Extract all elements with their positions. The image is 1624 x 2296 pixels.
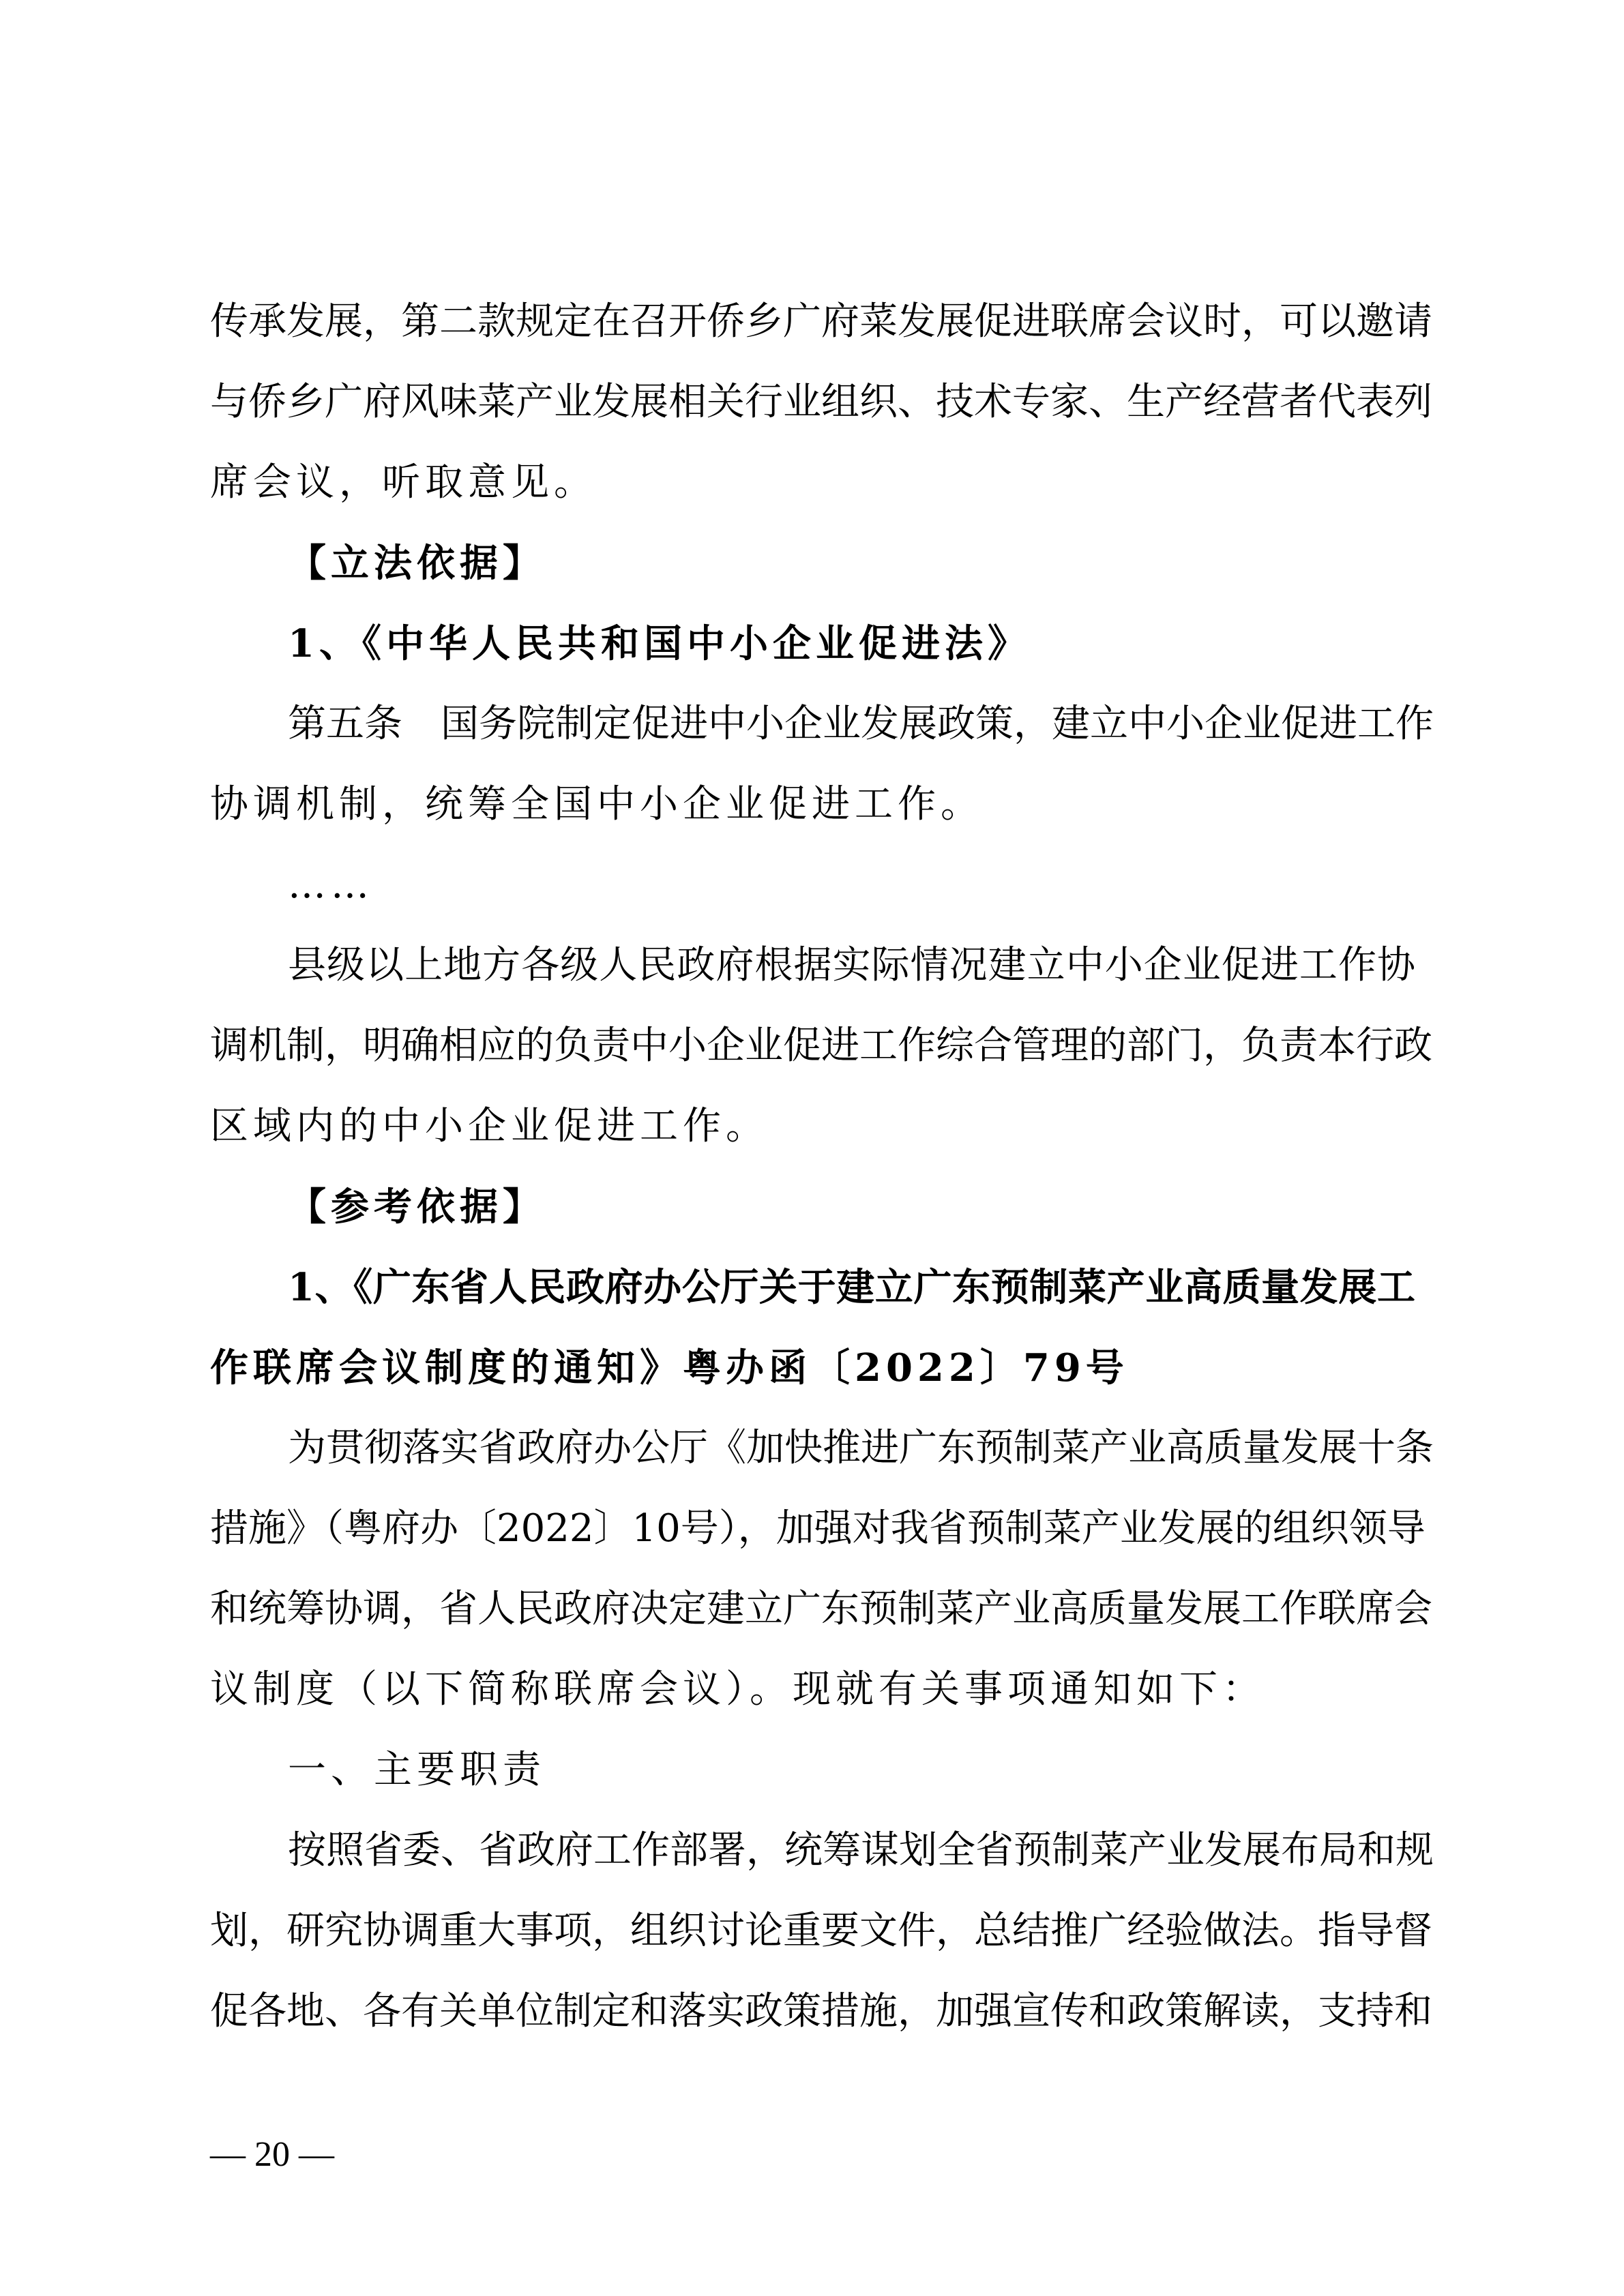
body-line-1: 传承发展，第二款规定在召开侨乡广府菜发展促进联席会议时，可以邀请 [210, 300, 1415, 344]
section-heading-legislative-basis: 【立法依据】 [288, 541, 1415, 585]
subheading-main-duties: 一、主要职责 [288, 1748, 1415, 1792]
notice-title-line-1: 1、《广东省人民政府办公厅关于建立广东预制菜产业高质量发展工 [288, 1266, 1415, 1309]
notice-title-line-2: 作联席会议制度的通知》粤办函〔2022〕79号 [210, 1346, 1415, 1390]
county-level-line-3: 区域内的中小企业促进工作。 [210, 1105, 1415, 1148]
notice-intro-line-2: 措施》（粤府办〔2022〕10号），加强对我省预制菜产业发展的组织领导 [210, 1507, 1415, 1551]
body-line-3: 席会议，听取意见。 [210, 461, 1415, 505]
section-heading-reference-basis: 【参考依据】 [288, 1185, 1415, 1229]
notice-intro-line-4: 议制度（以下简称联席会议）。现就有关事项通知如下： [210, 1668, 1415, 1712]
article-5-line-1: 第五条 国务院制定促进中小企业发展政策，建立中小企业促进工作 [288, 702, 1415, 746]
county-level-line-2: 调机制，明确相应的负责中小企业促进工作综合管理的部门，负责本行政 [210, 1024, 1415, 1068]
article-5-line-2: 协调机制，统筹全国中小企业促进工作。 [210, 783, 1415, 826]
duties-line-3: 促各地、各有关单位制定和落实政策措施，加强宣传和政策解读，支持和 [210, 1990, 1415, 2033]
county-level-line-1: 县级以上地方各级人民政府根据实际情况建立中小企业促进工作协 [288, 944, 1415, 987]
document-page: 传承发展，第二款规定在召开侨乡广府菜发展促进联席会议时，可以邀请 与侨乡广府风味… [0, 0, 1624, 2296]
notice-intro-line-3: 和统筹协调，省人民政府决定建立广东预制菜产业高质量发展工作联席会 [210, 1587, 1415, 1631]
page-number: — 20 — [210, 2133, 334, 2177]
duties-line-2: 划，研究协调重大事项，组织讨论重要文件，总结推广经验做法。指导督 [210, 1909, 1415, 1953]
duties-line-1: 按照省委、省政府工作部署，统筹谋划全省预制菜产业发展布局和规 [288, 1829, 1415, 1873]
body-line-2: 与侨乡广府风味菜产业发展相关行业组织、技术专家、生产经营者代表列 [210, 381, 1415, 424]
notice-intro-line-1: 为贯彻落实省政府办公厅《加快推进广东预制菜产业高质量发展十条 [288, 1427, 1415, 1470]
ellipsis: …… [288, 863, 1415, 907]
law-title-sme-promotion-law: 1、《中华人民共和国中小企业促进法》 [288, 622, 1415, 666]
